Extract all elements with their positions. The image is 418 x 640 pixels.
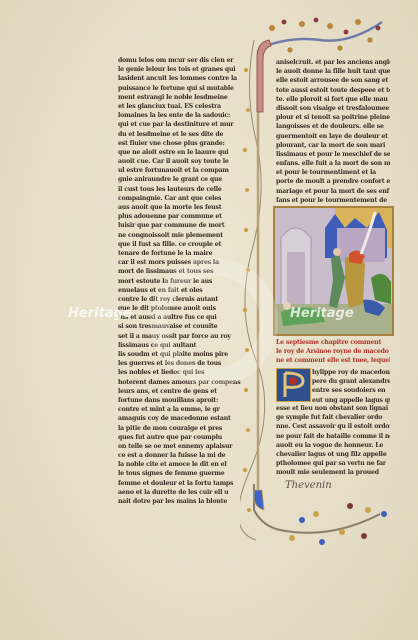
- rubric-line: le roy de Arsinoe royne de macedo: [276, 347, 390, 356]
- text-line: leurs ans, et centre de gens et: [118, 387, 246, 396]
- text-line: lissimaus et pour le meschief de ses: [276, 150, 390, 159]
- text-line: guermentoit en laye de douleur et: [276, 132, 390, 141]
- text-line: lasident ancuit les lommes contre la: [118, 74, 246, 83]
- text-line: puissance le fortune qui si mutable: [118, 84, 246, 93]
- manuscript-page: domu lelos om mcur ser dis clen er le ge…: [0, 0, 418, 640]
- text-line: hylippe roy de macedone: [312, 368, 390, 377]
- text-line: qui et cue par la destiniture et mur: [118, 120, 246, 129]
- text-line: ce est a donner la fuisse la mi de: [118, 451, 246, 460]
- rubric-line: Le septiesme chapitre comment: [276, 338, 390, 347]
- text-line: elle estoit arrousee de son sang et la: [276, 76, 390, 85]
- text-line: domu lelos om mcur ser dis clen er: [118, 56, 246, 65]
- text-line: lomaines la les ente de la sadouic:: [118, 111, 246, 120]
- text-line: dissoit son visaige et tresfaloumee: [276, 104, 390, 113]
- text-line: porte de moult a prendre confort en: [276, 177, 390, 186]
- text-line: ge symple fut fait chevalier ordo: [276, 413, 390, 422]
- text-line: auoit eu la vogue de honneur. Le: [276, 441, 390, 450]
- text-line: te. elle ploroit si fort que elle mau: [276, 95, 390, 104]
- text-line: ul estre fortunauoit et la compam: [118, 166, 246, 175]
- text-line: ment estrangi le noble lesdmeine: [118, 93, 246, 102]
- watermark-logo: [150, 258, 278, 386]
- decorated-initial-p: [276, 368, 311, 402]
- text-line: contre et mint a la emme, le gr: [118, 405, 246, 414]
- vine-scroll-bottom: [240, 480, 390, 560]
- text-line: plour et si tenoit sa poitrine pleine: [276, 113, 390, 122]
- text-line: femme et douleur et la fortu tamps: [118, 479, 246, 488]
- text-line: et les glanciux tuai. ES celestra: [118, 102, 246, 111]
- text-line: nait dotre par les mains la blonte: [118, 497, 246, 506]
- text-line: on telle se oe met ennemy aplaisur: [118, 442, 246, 451]
- text-line: fans et pour le tourmentement de: [276, 196, 390, 205]
- text-line: tote aussi estoit toute despeee et tou: [276, 86, 390, 95]
- watermark-text-right: Heritage: [290, 306, 354, 321]
- text-line: ptholomee qui par sa vertu ne far: [276, 459, 390, 468]
- text-line: que il fust sa fille. ce crouple et: [118, 240, 246, 249]
- text-line: entre ses soudoiers en: [312, 386, 390, 395]
- text-line: le genie lelour les tois et granes qui: [118, 65, 246, 74]
- text-line: langoisses et de douleurs. elle se: [276, 122, 390, 131]
- text-line: plus adouenne par commune et: [118, 212, 246, 221]
- text-line: aus auoit que la morte les feust: [118, 203, 246, 212]
- text-line: le tous signes de femme guerme: [118, 469, 246, 478]
- text-line: fortune dans mouillans aproit:: [118, 396, 246, 405]
- text-line: aeno et la durette de les cuir ell u: [118, 488, 246, 497]
- text-column-right-top: aniselcruit. et par les anciens angles e…: [276, 58, 390, 214]
- watermark-text-left: Heritage: [68, 306, 132, 321]
- text-line: chevalier lagus ot ung filz appelle: [276, 450, 390, 459]
- text-line: plourant, car la mort de son mari: [276, 141, 390, 150]
- chapter-rubric: Le septiesme chapitre comment le roy de …: [276, 338, 390, 366]
- text-line: aniselcruit. et par les anciens angles e…: [276, 58, 390, 67]
- rubric-line: ne et comment elle est tuee, lequel: [276, 356, 390, 365]
- text-line: luisir que par commune de mort: [118, 221, 246, 230]
- text-line: ne pour fait de bataille comme il ne: [276, 432, 390, 441]
- text-line: et pour le tourmentiment et la: [276, 168, 390, 177]
- text-line: pere du grant alexandre: [312, 377, 390, 386]
- text-line: nne. Cest assavoir qu il estoit ordon: [276, 422, 390, 431]
- text-line: gnie aniraundre le grant ce que: [118, 175, 246, 184]
- text-line: le auoit donne la fille huit tant que: [276, 67, 390, 76]
- text-line: amaguis coy de macedonne estant: [118, 414, 246, 423]
- text-line: moult mie seulement la proued: [276, 468, 390, 477]
- text-line: que ne aloit estre en le laaure qui: [118, 148, 246, 157]
- text-line: mariage et pour la mort de ses enf: [276, 187, 390, 196]
- text-line: du et lesdmeine et le ses dite de: [118, 130, 246, 139]
- text-column-right-bottom: esse et lieu non obstant son lignai ge s…: [276, 404, 390, 478]
- text-line: ques fut autre que par coumplu: [118, 433, 246, 442]
- text-line: tenare de fortune le la maire: [118, 249, 246, 258]
- text-line: il cust tous les lauteurs de celle: [118, 185, 246, 194]
- text-line: est fiuier vne chose plus grande:: [118, 139, 246, 148]
- text-line: auoit cue. Car il auoit soy toute le: [118, 157, 246, 166]
- text-line: ne congnoissoit mie plemement: [118, 231, 246, 240]
- decorated-initial-top: [253, 38, 273, 114]
- text-line: la noble cite et amoce le dit en el: [118, 460, 246, 469]
- text-line: esse et lieu non obstant son lignai: [276, 404, 390, 413]
- text-line: compaingnie. Car ant que celes: [118, 194, 246, 203]
- text-after-initial: hylippe roy de macedone pere du grant al…: [312, 368, 390, 405]
- initial-p-glyph: [277, 369, 310, 401]
- text-line: enfans. elle fuit a la mort de son mari: [276, 159, 390, 168]
- text-line: la pitie de mon couraige et pres: [118, 424, 246, 433]
